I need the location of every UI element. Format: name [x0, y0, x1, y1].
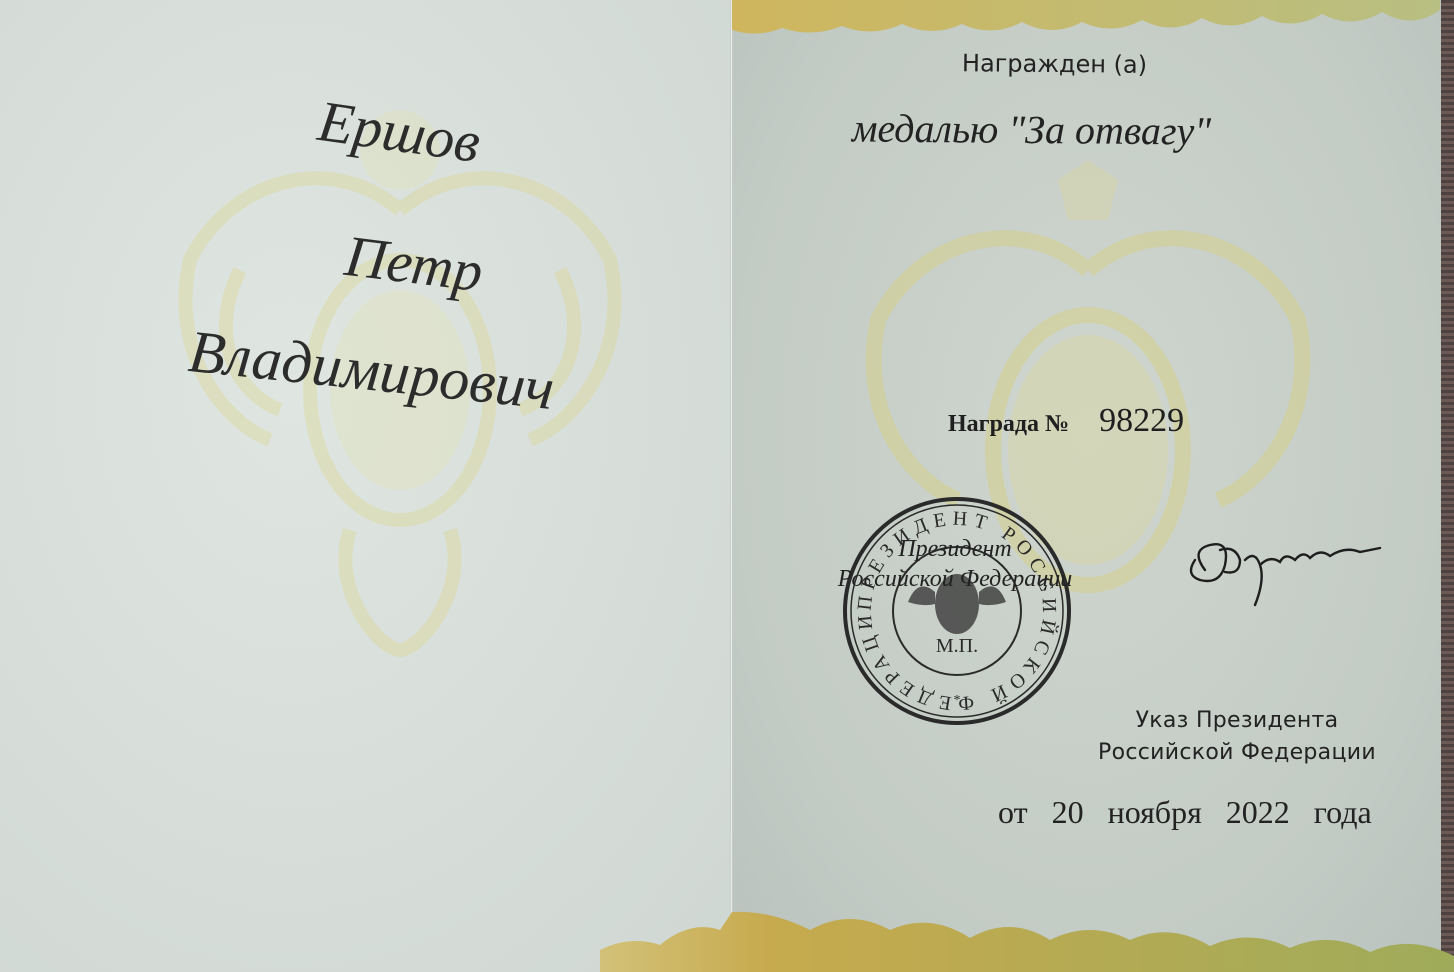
- award-number-row: Награда №98229: [948, 402, 1184, 440]
- medal-name: медалью "За отвагу": [852, 104, 1212, 154]
- left-page: Ершов Петр Владимирович: [0, 0, 732, 972]
- svg-text:*: *: [954, 693, 961, 708]
- booklet-spine: [730, 0, 733, 972]
- decree-line1: Указ Президента: [1082, 705, 1392, 737]
- decree-date: от 20 ноября 2022 года: [998, 794, 1372, 831]
- decorative-border-bottom: [600, 900, 1454, 972]
- seal-center: М.П.: [936, 635, 978, 657]
- official-seal-icon: ПРЕЗИДЕНТ РОССИЙСКОЙ ФЕДЕРАЦИИ М.П. *: [838, 492, 1076, 730]
- signatory-title: Президент Российской Федерации: [800, 534, 1110, 594]
- awarded-label: Награжден (а): [962, 49, 1147, 79]
- signatory-line2: Российской Федерации: [800, 564, 1110, 594]
- award-number: 98229: [1099, 402, 1184, 439]
- award-number-label: Награда №: [948, 411, 1069, 437]
- signature-icon: [1185, 530, 1385, 610]
- decree-line2: Российской Федерации: [1082, 737, 1392, 769]
- decree-reference: Указ Президента Российской Федерации: [1082, 705, 1392, 769]
- decorative-border-top: [732, 0, 1440, 38]
- signatory-line1: Президент: [800, 534, 1110, 564]
